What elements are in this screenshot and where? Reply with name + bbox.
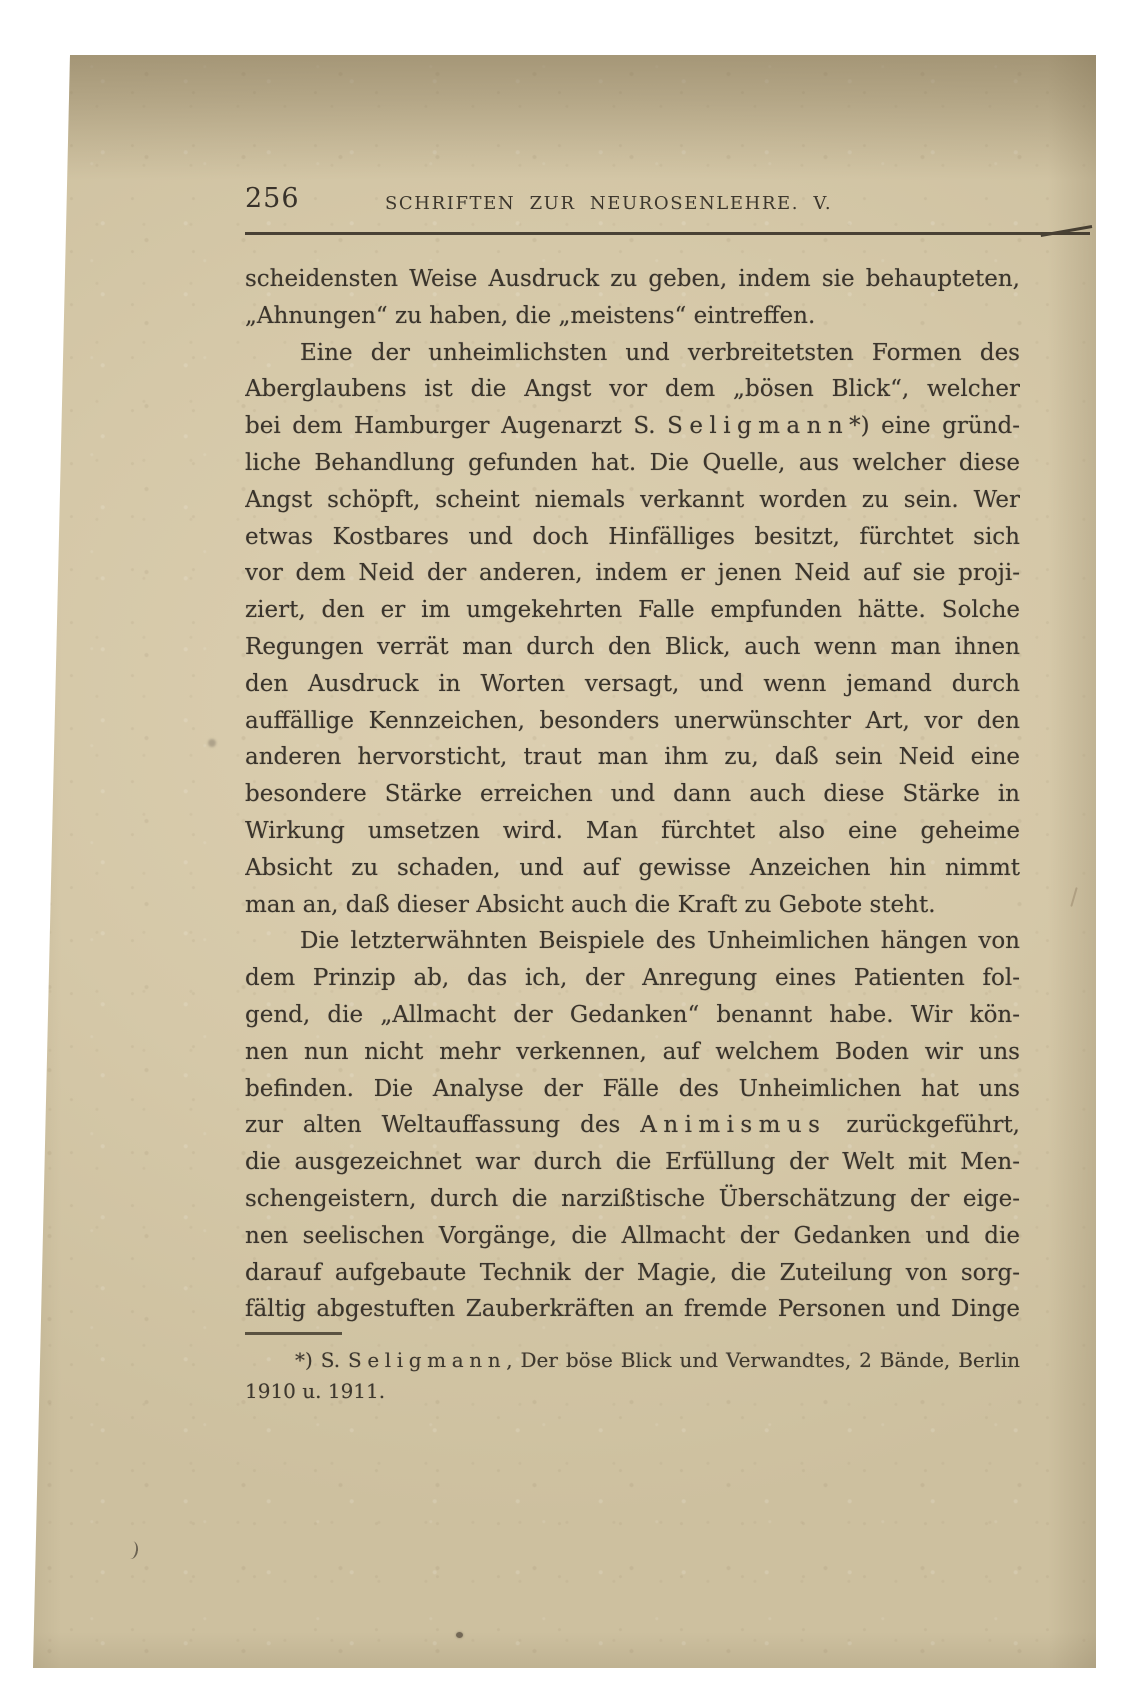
text-line: besondere Stärke erreichen und dann auch…: [245, 776, 1020, 813]
text-segment: zurückgeführt,: [826, 1112, 1020, 1138]
text-line: anderen hervorsticht, traut man ihm zu, …: [245, 739, 1020, 776]
text-segment: „Ahnungen“ zu haben, die „meistens“ eint…: [245, 303, 815, 329]
text-line: liche Behandlung gefunden hat. Die Quell…: [245, 445, 1020, 482]
text-line: schengeistern, durch die narzißtische Üb…: [245, 1181, 1020, 1218]
scanner-background: 256 SCHRIFTEN ZUR NEUROSENLEHRE. V. sche…: [0, 0, 1125, 1703]
text-line: *) S. Seligmann, Der böse Blick und Verw…: [245, 1345, 1020, 1376]
text-segment: nen seelischen Vorgänge, die Allmacht de…: [245, 1223, 1020, 1249]
footnote-separator-rule: [245, 1332, 342, 1335]
text-segment: darauf aufgebaute Technik der Magie, die…: [245, 1260, 1020, 1286]
text-line: nen nun nicht mehr verkennen, auf welche…: [245, 1034, 1020, 1071]
page-number: 256: [245, 183, 300, 214]
text-segment: den Ausdruck in Worten versagt, und wenn…: [245, 671, 1020, 697]
text-line: fältig abgestuften Zauberkräften an frem…: [245, 1291, 1020, 1328]
text-segment: *) eine gründ-: [849, 413, 1020, 439]
text-line: ziert, den er im umgekehrten Falle empfu…: [245, 592, 1020, 629]
text-segment: Eine der unheimlichsten und verbreitetst…: [300, 340, 1020, 366]
text-segment: dem Prinzip ab, das ich, der Anregung ei…: [245, 965, 1020, 991]
text-line: darauf aufgebaute Technik der Magie, die…: [245, 1255, 1020, 1292]
text-segment: etwas Kostbares und doch Hinfälliges bes…: [245, 524, 1020, 550]
text-segment: befinden. Die Analyse der Fälle des Unhe…: [245, 1076, 1020, 1102]
text-segment: Aberglaubens ist die Angst vor dem „böse…: [245, 376, 1020, 402]
letterspaced-text: Animismus: [640, 1112, 826, 1138]
body-text-block: scheidensten Weise Ausdruck zu geben, in…: [245, 261, 1020, 1328]
text-segment: besondere Stärke erreichen und dann auch…: [245, 781, 1020, 807]
text-line: Absicht zu schaden, und auf gewisse Anze…: [245, 850, 1020, 887]
ink-speck: [456, 1632, 463, 1638]
paper-scratch: [1070, 887, 1077, 907]
text-line: auffällige Kennzeichen, besonders unerwü…: [245, 703, 1020, 740]
text-segment: gend, die „Allmacht der Gedanken“ benann…: [245, 1002, 1020, 1028]
letterspaced-text: Seligmann: [348, 1348, 506, 1372]
letterspaced-text: Seligmann: [667, 413, 849, 439]
text-line: Angst schöpft, scheint niemals verkannt …: [245, 482, 1020, 519]
text-line: Die letzterwähnten Beispiele des Unheiml…: [245, 923, 1020, 960]
text-segment: auffällige Kennzeichen, besonders unerwü…: [245, 708, 1020, 734]
text-line: 1910 u. 1911.: [245, 1376, 1020, 1407]
text-line: Aberglaubens ist die Angst vor dem „böse…: [245, 371, 1020, 408]
text-segment: Regungen verrät man durch den Blick, auc…: [245, 634, 1020, 660]
header-rule: [245, 232, 1090, 235]
text-segment: Wirkung umsetzen wird. Man fürchtet also…: [245, 818, 1020, 844]
footnote-block: *) S. Seligmann, Der böse Blick und Verw…: [245, 1345, 1020, 1407]
text-line: gend, die „Allmacht der Gedanken“ benann…: [245, 997, 1020, 1034]
text-segment: fältig abgestuften Zauberkräften an frem…: [245, 1296, 1020, 1322]
text-line: zur alten Weltauffassung des Animismus z…: [245, 1107, 1020, 1144]
text-segment: bei dem Hamburger Augenarzt S.: [245, 413, 667, 439]
text-line: befinden. Die Analyse der Fälle des Unhe…: [245, 1071, 1020, 1108]
text-line: „Ahnungen“ zu haben, die „meistens“ eint…: [245, 298, 1020, 335]
text-segment: scheidensten Weise Ausdruck zu geben, in…: [245, 266, 1020, 292]
header-rule-tick: [1041, 225, 1093, 237]
text-segment: ziert, den er im umgekehrten Falle empfu…: [245, 597, 1020, 623]
text-segment: schengeistern, durch die narzißtische Üb…: [245, 1186, 1020, 1212]
text-segment: Angst schöpft, scheint niemals verkannt …: [245, 487, 1020, 513]
text-line: man an, daß dieser Absicht auch die Kraf…: [245, 887, 1020, 924]
text-segment: Die letzterwähnten Beispiele des Unheiml…: [300, 928, 1020, 954]
text-segment: vor dem Neid der anderen, indem er jenen…: [245, 560, 1020, 586]
text-segment: *) S.: [295, 1348, 348, 1372]
book-page-scan: 256 SCHRIFTEN ZUR NEUROSENLEHRE. V. sche…: [33, 55, 1096, 1668]
text-line: die ausgezeichnet war durch die Erfüllun…: [245, 1144, 1020, 1181]
text-segment: 1910 u. 1911.: [245, 1379, 385, 1403]
text-segment: nen nun nicht mehr verkennen, auf welche…: [245, 1039, 1020, 1065]
text-segment: zur alten Weltauffassung des: [245, 1112, 640, 1138]
text-segment: man an, daß dieser Absicht auch die Kraf…: [245, 892, 936, 918]
page-top-edge-shadow: [33, 55, 1096, 180]
text-segment: liche Behandlung gefunden hat. Die Quell…: [245, 450, 1020, 476]
text-line: den Ausdruck in Worten versagt, und wenn…: [245, 666, 1020, 703]
text-line: etwas Kostbares und doch Hinfälliges bes…: [245, 519, 1020, 556]
text-line: bei dem Hamburger Augenarzt S. Seligmann…: [245, 408, 1020, 445]
pen-mark-paren: [124, 1540, 139, 1560]
running-header-title: SCHRIFTEN ZUR NEUROSENLEHRE. V.: [385, 193, 832, 214]
text-line: Regungen verrät man durch den Blick, auc…: [245, 629, 1020, 666]
text-line: Eine der unheimlichsten und verbreitetst…: [245, 335, 1020, 372]
text-line: nen seelischen Vorgänge, die Allmacht de…: [245, 1218, 1020, 1255]
text-line: Wirkung umsetzen wird. Man fürchtet also…: [245, 813, 1020, 850]
text-segment: , Der böse Blick und Verwandtes, 2 Bände…: [506, 1348, 1020, 1372]
text-line: vor dem Neid der anderen, indem er jenen…: [245, 555, 1020, 592]
text-line: scheidensten Weise Ausdruck zu geben, in…: [245, 261, 1020, 298]
text-segment: Absicht zu schaden, und auf gewisse Anze…: [245, 855, 1020, 881]
text-segment: die ausgezeichnet war durch die Erfüllun…: [245, 1149, 1020, 1175]
paper-blemish: [208, 739, 216, 747]
text-line: dem Prinzip ab, das ich, der Anregung ei…: [245, 960, 1020, 997]
text-segment: anderen hervorsticht, traut man ihm zu, …: [245, 744, 1020, 770]
